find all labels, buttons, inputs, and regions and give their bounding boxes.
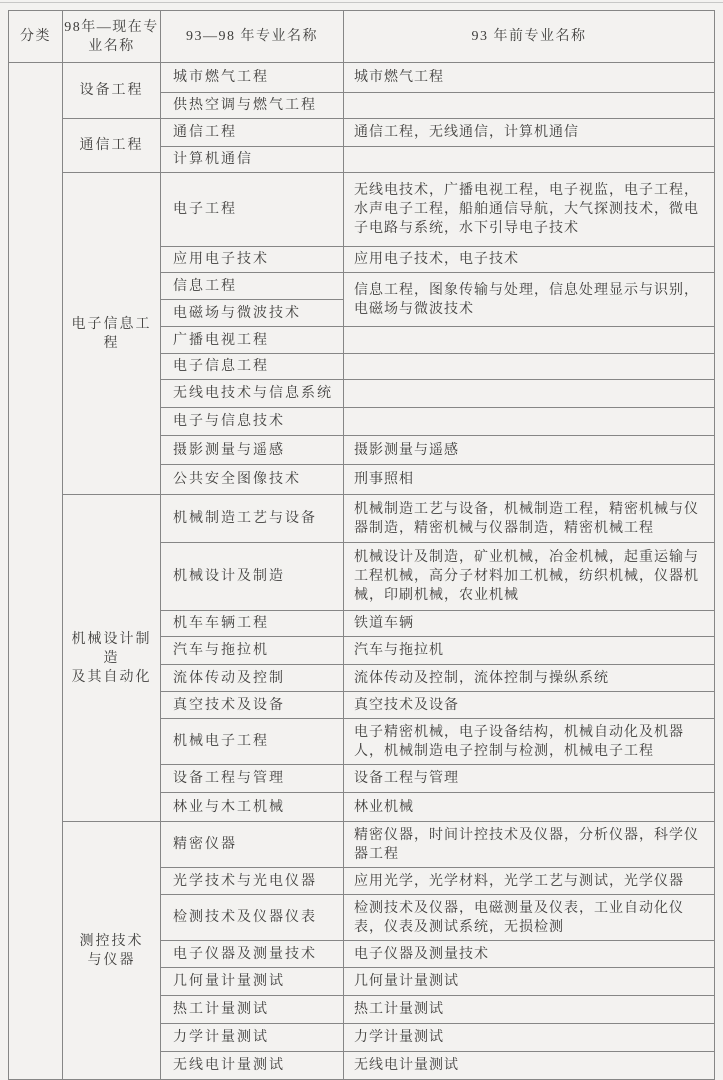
major-pre-93-cell: 力学计量测试 [344, 1024, 715, 1052]
major-pre-93-cell: 几何量计量测试 [344, 968, 715, 996]
table-header-row: 分类 98年—现在专 业名称 93—98 年专业名称 93 年前专业名称 [9, 11, 715, 63]
major-93-98-cell: 真空技术及设备 [161, 692, 344, 719]
major-93-98-cell: 电子与信息技术 [161, 408, 344, 436]
major-pre-93-cell [344, 93, 715, 119]
major-pre-93-cell: 真空技术及设备 [344, 692, 715, 719]
major-pre-93-cell [344, 147, 715, 173]
major-pre-93-cell [344, 408, 715, 436]
major-93-98-cell: 城市燃气工程 [161, 63, 344, 93]
major-93-98-cell: 机械电子工程 [161, 719, 344, 765]
page-top-remnant-line [0, 2, 723, 3]
major-93-98-cell: 广播电视工程 [161, 327, 344, 354]
table-row: 测控技术 与仪器精密仪器精密仪器，时间计控技术及仪器，分析仪器，科学仪器工程 [9, 822, 715, 868]
major-pre-93-cell: 机械设计及制造，矿业机械，冶金机械，起重运输与工程机械，高分子材料加工机械，纺织… [344, 543, 715, 611]
major-93-98-cell: 几何量计量测试 [161, 968, 344, 996]
major-pre-93-cell: 检测技术及仪器，电磁测量及仪表，工业自动化仪表，仪表及测试系统，无损检测 [344, 895, 715, 941]
major-pre-93-cell: 刑事照相 [344, 465, 715, 495]
major-pre-93-cell: 电子仪器及测量技术 [344, 941, 715, 968]
header-93-98-major-name: 93—98 年专业名称 [161, 11, 344, 63]
major-93-98-cell: 计算机通信 [161, 147, 344, 173]
major-pre-93-cell: 电子精密机械，电子设备结构，机械自动化及机器人，机械制造电子控制与检测，机械电子… [344, 719, 715, 765]
major-93-98-cell: 检测技术及仪器仪表 [161, 895, 344, 941]
group-name-cell: 设备工程 [63, 63, 161, 119]
major-93-98-cell: 电磁场与微波技术 [161, 300, 344, 327]
major-93-98-cell: 无线电技术与信息系统 [161, 380, 344, 408]
major-93-98-cell: 公共安全图像技术 [161, 465, 344, 495]
major-93-98-cell: 热工计量测试 [161, 996, 344, 1024]
major-93-98-cell: 应用电子技术 [161, 247, 344, 273]
group-name-cell: 通信工程 [63, 119, 161, 173]
header-current-major-name: 98年—现在专 业名称 [63, 11, 161, 63]
major-93-98-cell: 林业与木工机械 [161, 793, 344, 822]
major-pre-93-cell: 无线电技术，广播电视工程，电子视监，电子工程，水声电子工程，船舶通信导航，大气探… [344, 173, 715, 247]
major-93-98-cell: 电子工程 [161, 173, 344, 247]
major-pre-93-cell: 汽车与拖拉机 [344, 637, 715, 665]
major-pre-93-cell: 城市燃气工程 [344, 63, 715, 93]
major-93-98-cell: 电子仪器及测量技术 [161, 941, 344, 968]
major-pre-93-cell: 信息工程，图象传输与处理，信息处理显示与识别， 电磁场与微波技术 [344, 273, 715, 327]
major-pre-93-cell [344, 380, 715, 408]
group-name-cell: 机械设计制造 及其自动化 [63, 495, 161, 822]
major-93-98-cell: 摄影测量与遥感 [161, 436, 344, 465]
header-category: 分类 [9, 11, 63, 63]
major-93-98-cell: 机车车辆工程 [161, 611, 344, 637]
major-pre-93-cell: 热工计量测试 [344, 996, 715, 1024]
major-93-98-cell: 无线电计量测试 [161, 1052, 344, 1080]
group-name-cell: 测控技术 与仪器 [63, 822, 161, 1080]
major-pre-93-cell [344, 327, 715, 354]
category-body-cell [9, 63, 63, 1080]
major-pre-93-cell: 通信工程，无线通信，计算机通信 [344, 119, 715, 147]
major-93-98-cell: 光学技术与光电仪器 [161, 868, 344, 895]
major-93-98-cell: 机械制造工艺与设备 [161, 495, 344, 543]
major-93-98-cell: 流体传动及控制 [161, 665, 344, 692]
table-row: 设备工程城市燃气工程城市燃气工程 [9, 63, 715, 93]
major-93-98-cell: 供热空调与燃气工程 [161, 93, 344, 119]
major-pre-93-cell: 设备工程与管理 [344, 765, 715, 793]
major-93-98-cell: 电子信息工程 [161, 354, 344, 380]
major-pre-93-cell: 精密仪器，时间计控技术及仪器，分析仪器，科学仪器工程 [344, 822, 715, 868]
major-93-98-cell: 精密仪器 [161, 822, 344, 868]
major-pre-93-cell: 摄影测量与遥感 [344, 436, 715, 465]
major-93-98-cell: 设备工程与管理 [161, 765, 344, 793]
major-pre-93-cell: 应用电子技术，电子技术 [344, 247, 715, 273]
major-pre-93-cell: 流体传动及控制，流体控制与操纵系统 [344, 665, 715, 692]
major-pre-93-cell: 林业机械 [344, 793, 715, 822]
table-body: 设备工程城市燃气工程城市燃气工程供热空调与燃气工程通信工程通信工程通信工程，无线… [9, 63, 715, 1080]
group-name-cell: 电子信息工 程 [63, 173, 161, 495]
major-name-mapping-table: 分类 98年—现在专 业名称 93—98 年专业名称 93 年前专业名称 设备工… [8, 10, 715, 1080]
major-pre-93-cell: 铁道车辆 [344, 611, 715, 637]
major-pre-93-cell: 机械制造工艺与设备，机械制造工程，精密机械与仪器制造，精密机械与仪器制造，精密机… [344, 495, 715, 543]
header-pre-93-major-name: 93 年前专业名称 [344, 11, 715, 63]
table-row: 电子信息工 程电子工程无线电技术，广播电视工程，电子视监，电子工程，水声电子工程… [9, 173, 715, 247]
major-pre-93-cell: 无线电计量测试 [344, 1052, 715, 1080]
major-pre-93-cell [344, 354, 715, 380]
major-pre-93-cell: 应用光学，光学材料，光学工艺与测试，光学仪器 [344, 868, 715, 895]
major-93-98-cell: 力学计量测试 [161, 1024, 344, 1052]
major-93-98-cell: 通信工程 [161, 119, 344, 147]
table-row: 机械设计制造 及其自动化机械制造工艺与设备机械制造工艺与设备，机械制造工程，精密… [9, 495, 715, 543]
major-93-98-cell: 机械设计及制造 [161, 543, 344, 611]
major-93-98-cell: 汽车与拖拉机 [161, 637, 344, 665]
table-row: 通信工程通信工程通信工程，无线通信，计算机通信 [9, 119, 715, 147]
major-93-98-cell: 信息工程 [161, 273, 344, 300]
